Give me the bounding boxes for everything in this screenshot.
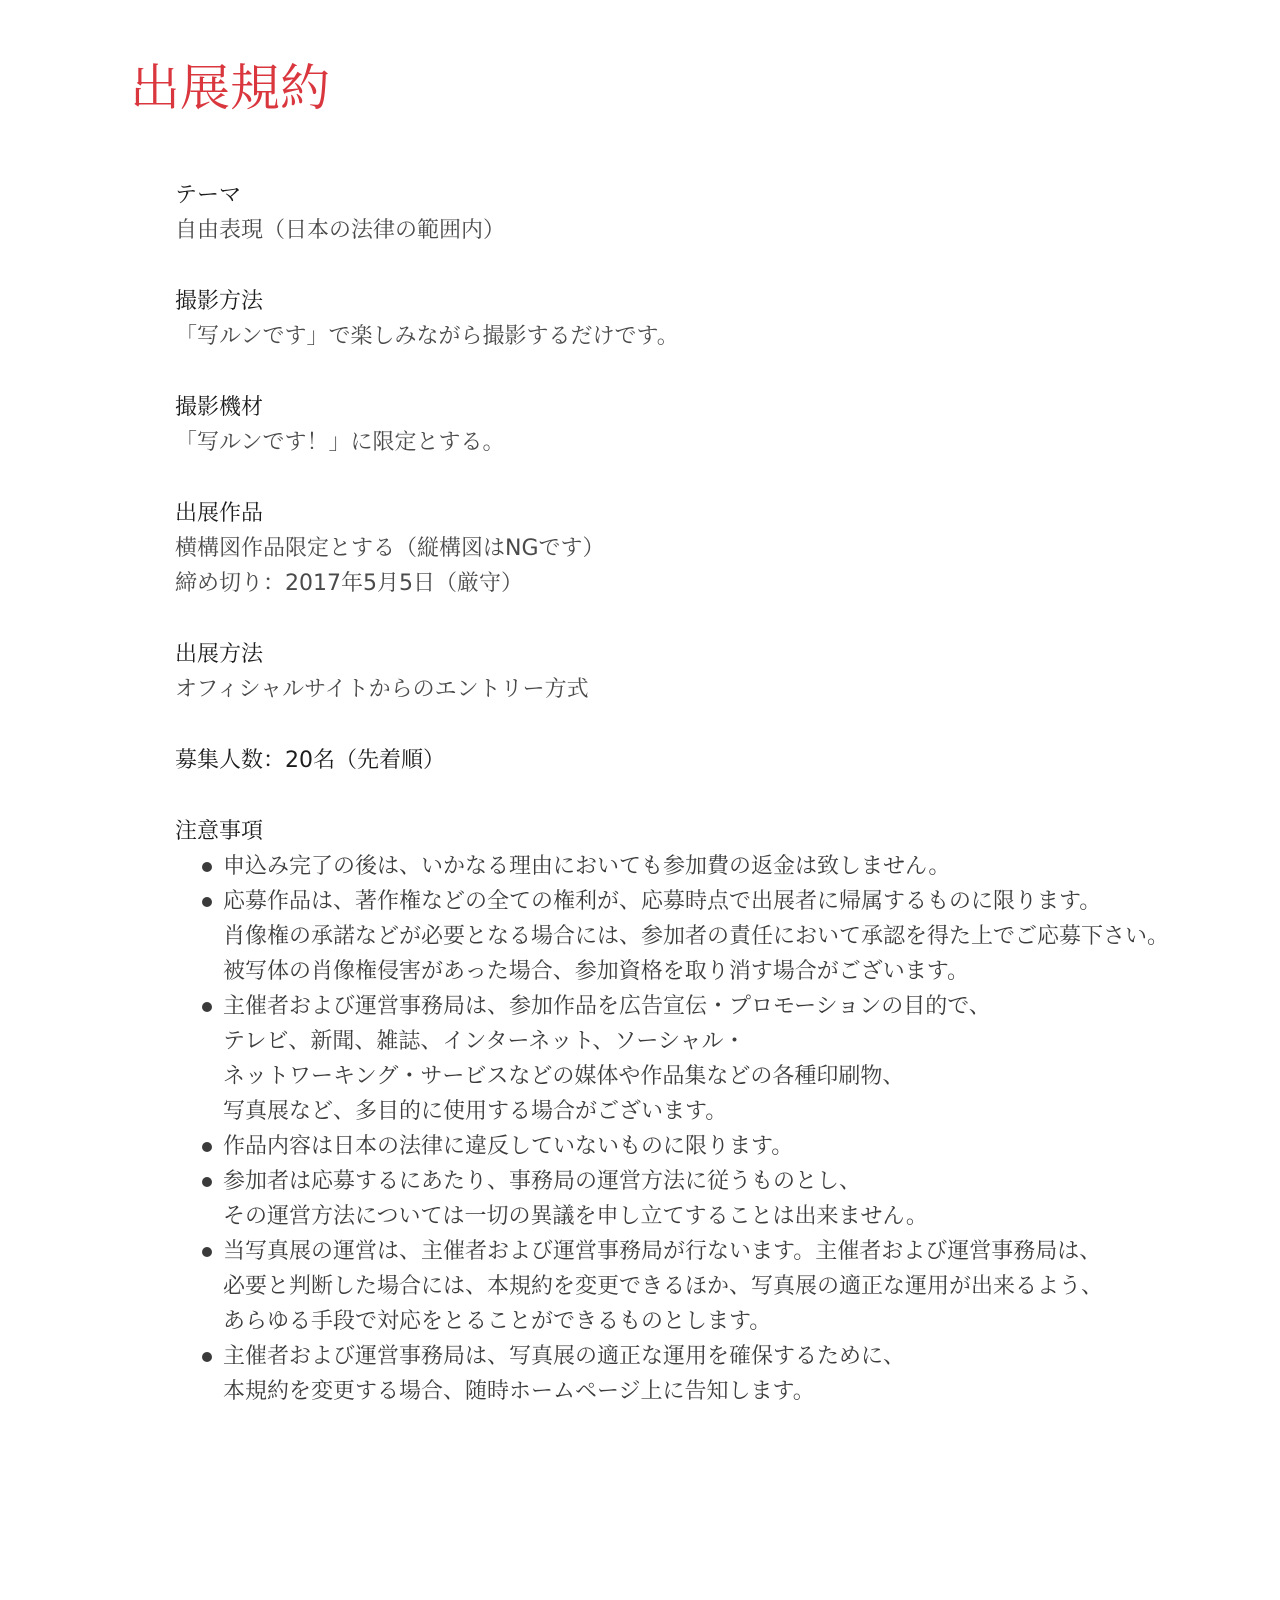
list-item: 応募作品は、著作権などの全ての権利が、応募時点で出展者に帰属するものに限ります。… [202,884,1275,989]
notes-list: 申込み完了の後は、いかなる理由においても参加費の返金は致しません。 応募作品は、… [175,849,1275,1409]
section-heading: 撮影方法 [175,284,1275,319]
list-item-text: あらゆる手段で対応をとることができるものとします。 [223,1304,1275,1339]
section-heading: 注意事項 [175,814,1275,849]
list-item-text: 写真展など、多目的に使用する場合がございます。 [223,1094,1275,1129]
section-heading: 撮影機材 [175,390,1275,425]
list-item: 申込み完了の後は、いかなる理由においても参加費の返金は致しません。 [202,849,1275,884]
list-item-text: 申込み完了の後は、いかなる理由においても参加費の返金は致しません。 [223,849,1275,884]
section-heading: 出展作品 [175,496,1275,531]
section-notes: 注意事項 申込み完了の後は、いかなる理由においても参加費の返金は致しません。 応… [175,814,1275,1409]
list-item-text: その運営方法については一切の異議を申し立てすることは出来ません。 [223,1199,1275,1234]
section-capacity: 募集人数：20名（先着順） [175,743,1275,778]
list-item-text: 作品内容は日本の法律に違反していないものに限ります。 [223,1129,1275,1164]
deadline-text: 締め切り：2017年5月5日（厳守） [175,566,1275,601]
section-text: 自由表現（日本の法律の範囲内） [175,213,1275,248]
list-item-text: 本規約を変更する場合、随時ホームページ上に告知します。 [223,1374,1275,1409]
section-equipment: 撮影機材 「写ルンです！」に限定とする。 [175,390,1275,460]
section-text: 「写ルンです」で楽しみながら撮影するだけです。 [175,319,1275,354]
section-theme: テーマ 自由表現（日本の法律の範囲内） [175,178,1275,248]
list-item: 主催者および運営事務局は、参加作品を広告宣伝・プロモーションの目的で、 テレビ、… [202,989,1275,1129]
list-item-text: 被写体の肖像権侵害があった場合、参加資格を取り消す場合がございます。 [223,954,1275,989]
list-item-text: 肖像権の承諾などが必要となる場合には、参加者の責任において承認を得た上でご応募下… [223,919,1275,954]
list-item-text: 当写真展の運営は、主催者および運営事務局が行ないます。主催者および運営事務局は、 [223,1234,1275,1269]
section-text: 横構図作品限定とする（縦構図はNGです） [175,531,1275,566]
section-shooting-method: 撮影方法 「写ルンです」で楽しみながら撮影するだけです。 [175,284,1275,354]
section-entry-method: 出展方法 オフィシャルサイトからのエントリー方式 [175,637,1275,707]
section-heading: テーマ [175,178,1275,213]
list-item-text: 主催者および運営事務局は、写真展の適正な運用を確保するために、 [223,1339,1275,1374]
list-item-text: 必要と判断した場合には、本規約を変更できるほか、写真展の適正な運用が出来るよう、 [223,1269,1275,1304]
capacity-heading: 募集人数：20名（先着順） [175,743,1275,778]
bullet-icon [202,1177,212,1187]
bullet-icon [202,1002,212,1012]
bullet-icon [202,862,212,872]
list-item-text: ネットワーキング・サービスなどの媒体や作品集などの各種印刷物、 [223,1059,1275,1094]
list-item: 主催者および運営事務局は、写真展の適正な運用を確保するために、 本規約を変更する… [202,1339,1275,1409]
list-item-text: 参加者は応募するにあたり、事務局の運営方法に従うものとし、 [223,1164,1275,1199]
terms-content: テーマ 自由表現（日本の法律の範囲内） 撮影方法 「写ルンです」で楽しみながら撮… [175,178,1275,1445]
bullet-icon [202,897,212,907]
bullet-icon [202,1352,212,1362]
list-item-text: 応募作品は、著作権などの全ての権利が、応募時点で出展者に帰属するものに限ります。 [223,884,1275,919]
section-heading: 出展方法 [175,637,1275,672]
list-item-text: テレビ、新聞、雑誌、インターネット、ソーシャル・ [223,1024,1275,1059]
list-item: 参加者は応募するにあたり、事務局の運営方法に従うものとし、 その運営方法について… [202,1164,1275,1234]
bullet-icon [202,1142,212,1152]
page-title: 出展規約 [130,58,330,118]
list-item: 作品内容は日本の法律に違反していないものに限ります。 [202,1129,1275,1164]
section-text: オフィシャルサイトからのエントリー方式 [175,672,1275,707]
section-works: 出展作品 横構図作品限定とする（縦構図はNGです） 締め切り：2017年5月5日… [175,496,1275,601]
list-item: 当写真展の運営は、主催者および運営事務局が行ないます。主催者および運営事務局は、… [202,1234,1275,1339]
bullet-icon [202,1247,212,1257]
section-text: 「写ルンです！」に限定とする。 [175,425,1275,460]
list-item-text: 主催者および運営事務局は、参加作品を広告宣伝・プロモーションの目的で、 [223,989,1275,1024]
